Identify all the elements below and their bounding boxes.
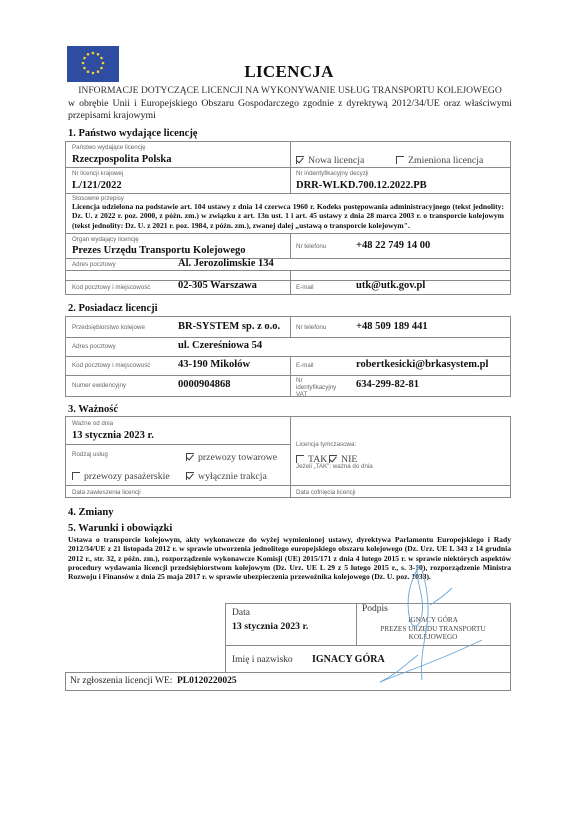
issuer-postcode-value: 02-305 Warszawa [178, 280, 257, 291]
freight-option: przewozy towarowe [186, 447, 277, 465]
official-stamp: IGNACY GÓRA PREZES URZĘDU TRANSPORTU KOL… [356, 616, 510, 642]
issuer-email-value[interactable]: utk@utk.gov.pl [356, 280, 425, 291]
section-3-box: Ważne od dnia 13 stycznia 2023 r. Rodzaj… [65, 416, 511, 498]
company-label: Przedsiębiorstwo kolejowe [72, 324, 145, 331]
section-2-heading: 2. Posiadacz licencji [68, 303, 158, 314]
regulations-text: Licencja udzielona na podstawie art. 104… [72, 202, 504, 230]
record-no-value: 0000904868 [178, 379, 231, 390]
new-license-option: Nowa licencja [296, 150, 364, 168]
name-value: IGNACY GÓRA [312, 654, 385, 665]
passenger-option: przewozy pasażerskie [72, 466, 170, 484]
revocation-label: Data cofnięcia licencji [296, 489, 356, 496]
traction-checkbox[interactable] [186, 472, 194, 480]
regulations-label: Stosowne przepisy [72, 195, 124, 202]
temp-valid-label: Jeżeli „TAK": ważna do dnia [296, 463, 373, 470]
section-2-box: Przedsiębiorstwo kolejowe BR-SYSTEM sp. … [65, 316, 511, 397]
decision-id-value: DRR-WLKD.700.12.2022.PB [296, 180, 427, 191]
section-4-heading: 4. Zmiany [68, 507, 114, 518]
issuer-postcode-label: Kod pocztowy i miejscowość [72, 284, 150, 291]
state-label: Państwo wydające licencję [72, 144, 146, 151]
date-value: 13 stycznia 2023 r. [232, 621, 308, 632]
service-type-label: Rodzaj usług [72, 451, 108, 458]
section-3-heading: 3. Ważność [68, 404, 118, 415]
suspension-label: Data zawieszenia licencji [72, 489, 141, 496]
national-no-label: Nr licencji krajowej [72, 170, 123, 177]
holder-phone-label: Nr telefonu [296, 324, 326, 331]
issuer-address-value: Al. Jerozolimskie 134 [178, 258, 274, 269]
signature-box: Data 13 stycznia 2023 r. Podpis IGNACY G… [225, 603, 511, 673]
eu-license-value: PL0120220025 [177, 676, 237, 686]
holder-postcode-label: Kod pocztowy i miejscowość [72, 362, 150, 369]
issuer-email-label: E-mail [296, 284, 314, 291]
issuer-postcode-row: Kod pocztowy i miejscowość 02-305 Warsza… [65, 280, 511, 295]
issuer-value: Prezes Urzędu Transportu Kolejowego [72, 245, 246, 256]
eu-license-row: Nr zgłoszenia licencji WE: PL0120220025 [65, 672, 511, 691]
vat-label: Nr identyfikacyjny VAT [296, 377, 344, 398]
section-5-heading: 5. Warunki i obowiązki [68, 523, 172, 534]
holder-email-label: E-mail [296, 362, 314, 369]
decision-id-label: Nr indentyfikacyjny decyzji [296, 170, 369, 177]
issuer-phone-value: +48 22 749 14 00 [356, 240, 430, 251]
new-license-checkbox[interactable] [296, 156, 304, 164]
state-value: Rzeczpospolita Polska [72, 154, 171, 165]
temporary-label: Licencja tymczasowa: [296, 441, 356, 448]
traction-option: wyłącznie trakcja [186, 466, 267, 484]
document-intro: w obrębie Unii i Europejskiego Obszaru G… [68, 98, 512, 122]
document-title: LICENCJA [0, 62, 578, 82]
changed-license-option: Zmieniona licencja [396, 150, 483, 168]
holder-address-value: ul. Czereśniowa 54 [178, 340, 262, 351]
holder-email-value[interactable]: robertkesicki@brkasystem.pl [356, 359, 488, 370]
company-value: BR-SYSTEM sp. z o.o. [178, 321, 280, 332]
valid-from-label: Ważne od dnia [72, 420, 113, 427]
record-no-label: Numer ewidencyjny [72, 382, 126, 389]
holder-postcode-value: 43-190 Mikołów [178, 359, 250, 370]
section-1-heading: 1. Państwo wydające licencję [68, 128, 197, 139]
temp-yes-checkbox[interactable] [296, 455, 304, 463]
temp-no-checkbox[interactable] [329, 455, 337, 463]
valid-from-value: 13 stycznia 2023 r. [72, 430, 154, 441]
vat-value: 634-299-82-81 [356, 379, 419, 390]
holder-phone-value: +48 509 189 441 [356, 321, 428, 332]
document-subtitle: INFORMACJE DOTYCZĄCE LICENCJI NA WYKONYW… [68, 85, 512, 96]
date-label: Data [232, 608, 250, 618]
section-1-box: Państwo wydające licencję Rzeczpospolita… [65, 141, 511, 281]
issuer-address-label: Adres pocztowy [72, 261, 116, 268]
conditions-text: Ustawa o transporcie kolejowym, akty wyk… [68, 535, 511, 581]
issuer-label: Organ wydający licencję [72, 236, 139, 243]
national-no-value: L/121/2022 [72, 180, 122, 191]
changed-license-checkbox[interactable] [396, 156, 404, 164]
issuer-phone-label: Nr telefonu [296, 243, 326, 250]
freight-checkbox[interactable] [186, 453, 194, 461]
holder-address-label: Adres pocztowy [72, 343, 116, 350]
eu-license-label: Nr zgłoszenia licencji WE: [70, 676, 172, 686]
passenger-checkbox[interactable] [72, 472, 80, 480]
signature-label: Podpis [362, 604, 388, 614]
name-label: Imię i nazwisko [232, 655, 293, 665]
